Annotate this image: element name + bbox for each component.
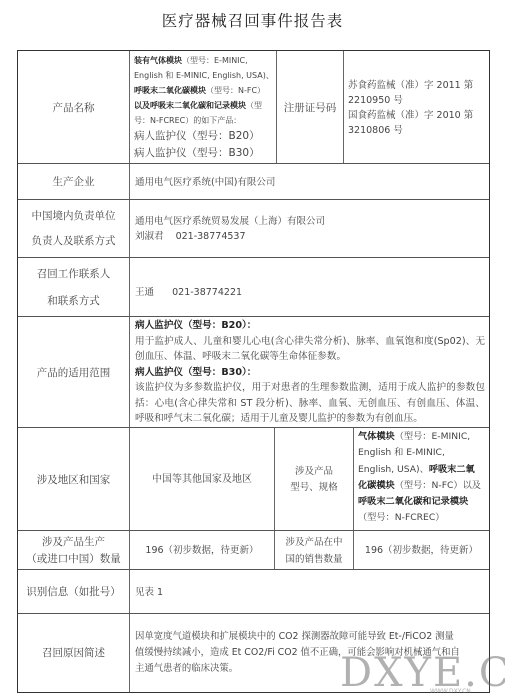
recall-contact-value: 王通 021-38774221 [130,258,489,317]
registration-line: 3210806 号 [348,123,473,138]
spec-value: 气体模块（型号：E-MINIC, English 和 E-MINIC, Engl… [354,429,489,531]
responsible-unit-value: 通用电气医疗系统贸易发展（上海）有限公司 刘淑君 021-38774537 [130,200,489,258]
region-label: 涉及地区和国家 [18,428,129,531]
divider [129,200,130,258]
divider [129,614,130,692]
spec-line: （型号：N-FCREC） [358,510,489,526]
divider [129,531,130,570]
product-name-line: English 和 E-MINIC, English, USA)、 [134,68,276,83]
reason-line: 因单宽度气道模块和扩展模块中的 CO2 探测器故障可能导致 Et-/FiCO2 … [135,629,460,645]
reason-label: 召回原因简述 [18,614,129,692]
manufacturer-label: 生产企业 [18,164,129,200]
registration-label: 注册证号码 [277,51,343,164]
product-model-b20: 病人监护仪（型号：B20） [134,128,276,145]
divider [353,531,354,570]
product-name-label-text: 产品名称 [53,97,95,119]
responsible-contact: 刘淑君 021-38774537 [135,229,325,244]
divider [343,51,344,164]
responsible-unit-label: 中国境内负责单位 负责人及联系方式 [18,200,129,258]
divider [129,317,130,428]
responsible-company: 通用电气医疗系统贸易发展（上海）有限公司 [135,214,325,229]
quantity-label: 涉及产品生产 （或进口中国）数量 [18,531,129,570]
document-title: 医疗器械召回事件报告表 [0,9,505,31]
divider [276,51,277,164]
registration-line: 国食药监械（准）字 2010 第 [348,108,473,123]
spec-line: English 和 E-MINIC, [358,445,489,461]
divider [129,428,130,531]
scope-value: 病人监护仪（型号：B20）： 用于监护成人、儿童和婴儿心电(含心律失常分析)、脉… [130,318,489,428]
manufacturer-value: 通用电气医疗系统(中国)有限公司 [130,164,489,200]
divider [274,531,275,570]
recall-report-table: 产品名称 装有气体模块（型号：E-MINIC, English 和 E-MINI… [17,50,490,693]
divider [129,258,130,317]
region-value: 中国等其他国家及地区 [130,428,274,531]
divider [129,570,130,614]
product-name-line: 以及呼吸末二氧化碳和记录模块（型 [134,98,276,113]
divider [129,51,130,164]
scope-b30-text: 该监护仪为多参数监护仪，用于对患者的生理参数监测，适用于成人监护的参数包括：心电… [135,380,485,427]
product-name-value: 装有气体模块（型号：E-MINIC, English 和 E-MINIC, En… [130,53,276,164]
sales-quantity-label: 涉及产品在中 国的销售数量 [275,531,353,570]
spec-label: 涉及产品 型号、规格 [275,428,353,531]
divider [353,428,354,531]
spec-line: 呼吸末二氧化碳和记录模块 [358,494,489,510]
identification-label: 识别信息（如批号） [18,570,129,614]
scope-label: 产品的适用范围 [18,317,129,428]
registration-line: 2210950 号 [348,93,473,108]
identification-value: 见表 1 [130,570,489,614]
spec-line: English, USA)、呼吸末二氧 [358,462,489,478]
product-name-label: 产品名称 [18,51,129,164]
divider [274,428,275,531]
watermark-url: WWW.DXY.CN [430,688,471,695]
registration-value: 苏食药监械（准）字 2011 第 2210950 号 国食药监械（准）字 201… [344,51,489,164]
registration-line: 苏食药监械（准）字 2011 第 [348,78,473,93]
product-name-line: 呼吸末二氧化碳模块（型号：N-FC） [134,83,276,98]
spec-line: 化碳模块（型号：N-FC）以及 [358,478,489,494]
watermark-logo: DXYE.COM [340,650,505,696]
product-name-line: 号：N-FCREC）的如下产品： [134,113,276,128]
product-name-line: 装有气体模块（型号：E-MINIC, [134,53,276,68]
sales-quantity-value: 196（初步数据，待更新） [354,531,489,570]
quantity-value: 196（初步数据，待更新） [130,531,274,570]
registration-label-text: 注册证号码 [284,97,337,119]
spec-line: 气体模块（型号：E-MINIC, [358,429,489,445]
recall-contact-label: 召回工作联系人 和联系方式 [18,258,129,317]
scope-b30-title: 病人监护仪（型号：B30）： [135,365,485,381]
scope-b20-text: 用于监护成人、儿童和婴儿心电(含心律失常分析)、脉率、血氧饱和度(Sp02)、无… [135,334,485,365]
scope-b20-title: 病人监护仪（型号：B20）： [135,318,485,334]
product-model-b30: 病人监护仪（型号：B30） [134,145,276,162]
divider [129,164,130,200]
